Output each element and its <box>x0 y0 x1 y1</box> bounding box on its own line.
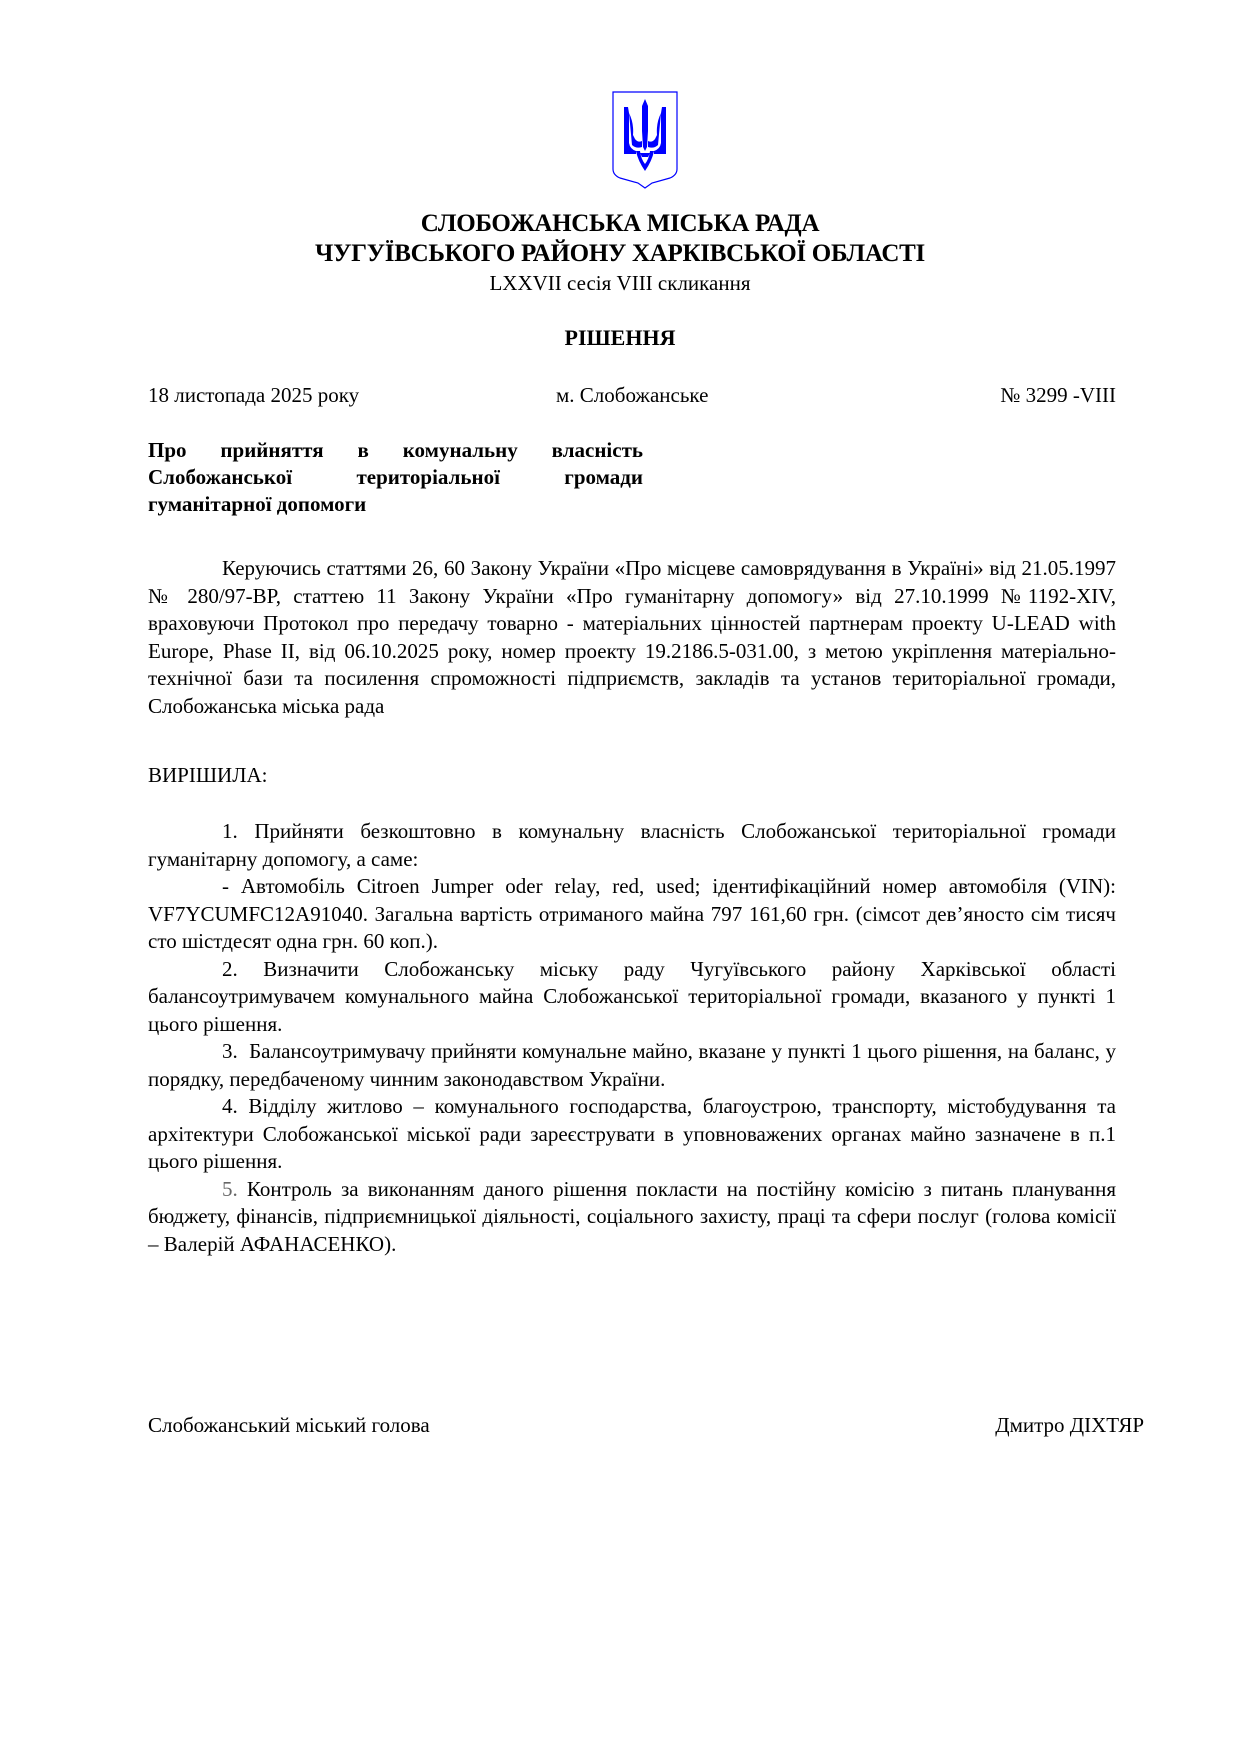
document-subject: Про прийняття в комунальну власність Сло… <box>148 437 643 518</box>
item-number: 2. <box>222 957 238 981</box>
decision-item-1: 1. Прийняти безкоштовно в комунальну вла… <box>148 818 1116 873</box>
item-text: - Автомобіль Citroen Jumper oder relay, … <box>148 874 1116 953</box>
item-number: 4. <box>222 1094 238 1118</box>
document-date: 18 листопада 2025 року <box>148 383 359 408</box>
decision-items: 1. Прийняти безкоштовно в комунальну вла… <box>148 818 1116 1258</box>
signature-name: Дмитро ДІХТЯР <box>995 1413 1144 1438</box>
decision-item-3: 3. Балансоутримувачу прийняти комунальне… <box>148 1038 1116 1093</box>
council-region: ЧУГУЇВСЬКОГО РАЙОНУ ХАРКІВСЬКОЇ ОБЛАСТІ <box>0 240 1240 268</box>
subject-line: Про прийняття в комунальну власність <box>148 437 643 464</box>
document-type-title: РІШЕННЯ <box>0 325 1240 351</box>
item-text: Визначити Слобожанську міську раду Чугуї… <box>148 957 1116 1036</box>
decided-text: ВИРІШИЛА: <box>148 762 1116 790</box>
decision-item-1-detail: - Автомобіль Citroen Jumper oder relay, … <box>148 873 1116 956</box>
council-name: СЛОБОЖАНСЬКА МІСЬКА РАДА <box>0 210 1240 238</box>
item-text: Прийняти безкоштовно в комунальну власні… <box>148 819 1116 871</box>
item-text: Відділу житлово – комунального господарс… <box>148 1094 1116 1173</box>
decision-item-5: 5. Контроль за виконанням даного рішення… <box>148 1176 1116 1259</box>
document-number: № 3299 -VIII <box>1000 383 1116 408</box>
subject-line: Слобожанської територіальної громади <box>148 464 643 491</box>
item-number: 3. <box>222 1039 238 1063</box>
document-meta-row: 18 листопада 2025 року м. Слобожанське №… <box>148 383 1116 413</box>
preamble-text: Керуючись статтями 26, 60 Закону України… <box>148 555 1116 720</box>
trident-coat-of-arms-icon <box>612 91 678 189</box>
decided-label: ВИРІШИЛА: <box>148 762 1116 790</box>
item-text: Балансоутримувачу прийняти комунальне ма… <box>148 1039 1116 1091</box>
document-place: м. Слобожанське <box>556 383 708 408</box>
decision-item-4: 4. Відділу житлово – комунального господ… <box>148 1093 1116 1176</box>
decision-item-2: 2. Визначити Слобожанську міську раду Чу… <box>148 956 1116 1039</box>
subject-line: гуманітарної допомоги <box>148 491 643 518</box>
item-number: 1. <box>222 819 238 843</box>
item-number: 5. <box>222 1177 238 1201</box>
item-text: Контроль за виконанням даного рішення по… <box>148 1177 1116 1256</box>
document-page: СЛОБОЖАНСЬКА МІСЬКА РАДА ЧУГУЇВСЬКОГО РА… <box>0 0 1240 1754</box>
session-info: LXXVII сесія VIII скликання <box>0 270 1240 296</box>
preamble: Керуючись статтями 26, 60 Закону України… <box>148 555 1116 720</box>
signature-position: Слобожанський міський голова <box>148 1413 430 1438</box>
